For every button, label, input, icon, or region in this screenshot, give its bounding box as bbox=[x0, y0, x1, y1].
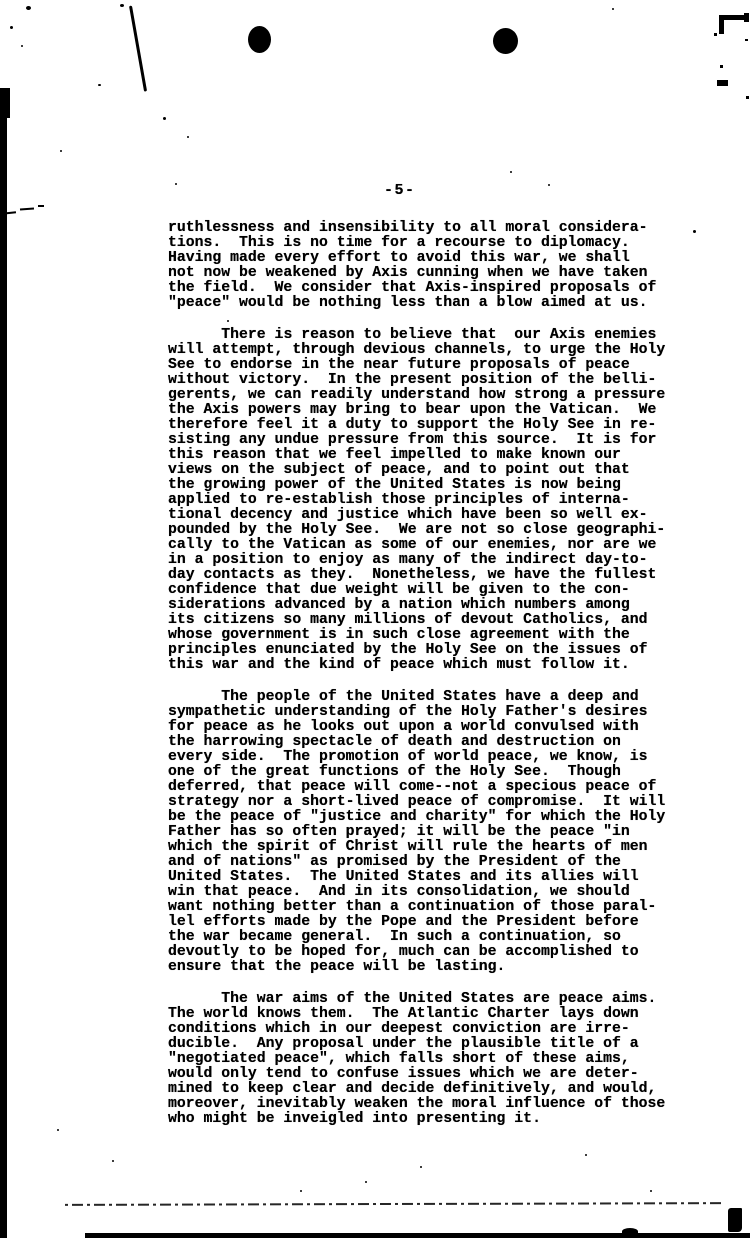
speckle bbox=[175, 183, 177, 185]
corner-mark bbox=[714, 33, 717, 36]
dotted-rule bbox=[65, 1202, 725, 1206]
ink-blotch bbox=[728, 1208, 742, 1232]
speckle bbox=[585, 1154, 587, 1156]
hole-punch-left-icon bbox=[248, 26, 271, 53]
margin-dash bbox=[20, 208, 34, 211]
corner-mark bbox=[719, 19, 724, 34]
speckle bbox=[21, 45, 23, 47]
speckle bbox=[300, 1190, 302, 1192]
paragraph-1: ruthlessness and insensibility to all mo… bbox=[168, 221, 688, 311]
corner-mark bbox=[744, 13, 749, 22]
speckle bbox=[187, 136, 189, 138]
corner-mark bbox=[746, 96, 749, 99]
speckle bbox=[420, 1166, 422, 1168]
paragraph-3: The people of the United States have a d… bbox=[168, 690, 688, 975]
scan-edge-left-nub bbox=[0, 88, 10, 118]
speckle bbox=[365, 1181, 367, 1183]
speckle bbox=[60, 150, 62, 152]
paragraph-2: There is reason to believe that our Axis… bbox=[168, 328, 688, 673]
pen-stroke bbox=[129, 5, 147, 91]
page-number: -5- bbox=[384, 182, 416, 199]
speckle bbox=[650, 1190, 652, 1192]
speckle bbox=[26, 6, 31, 10]
speckle bbox=[112, 1160, 114, 1162]
speckle bbox=[693, 230, 696, 233]
speckle bbox=[612, 8, 614, 10]
speckle bbox=[120, 4, 124, 7]
margin-dash bbox=[2, 211, 16, 214]
speckle bbox=[163, 117, 166, 120]
speckle bbox=[510, 171, 512, 173]
paragraph-4: The war aims of the United States are pe… bbox=[168, 992, 688, 1127]
corner-mark bbox=[745, 39, 748, 41]
scan-edge-bottom bbox=[85, 1233, 750, 1238]
speckle bbox=[548, 184, 550, 186]
document-body: ruthlessness and insensibility to all mo… bbox=[168, 221, 688, 1144]
scanned-document-page: -5- ruthlessness and insensibility to al… bbox=[0, 0, 750, 1238]
speckle bbox=[98, 84, 101, 86]
speckle bbox=[10, 26, 13, 29]
corner-mark bbox=[720, 65, 723, 68]
margin-dash bbox=[38, 205, 44, 207]
speckle bbox=[57, 1129, 59, 1131]
scan-edge-bump bbox=[622, 1228, 638, 1235]
scan-edge-left bbox=[0, 90, 7, 1238]
corner-mark bbox=[717, 80, 728, 86]
speckle bbox=[227, 320, 229, 322]
hole-punch-right-icon bbox=[493, 28, 518, 54]
